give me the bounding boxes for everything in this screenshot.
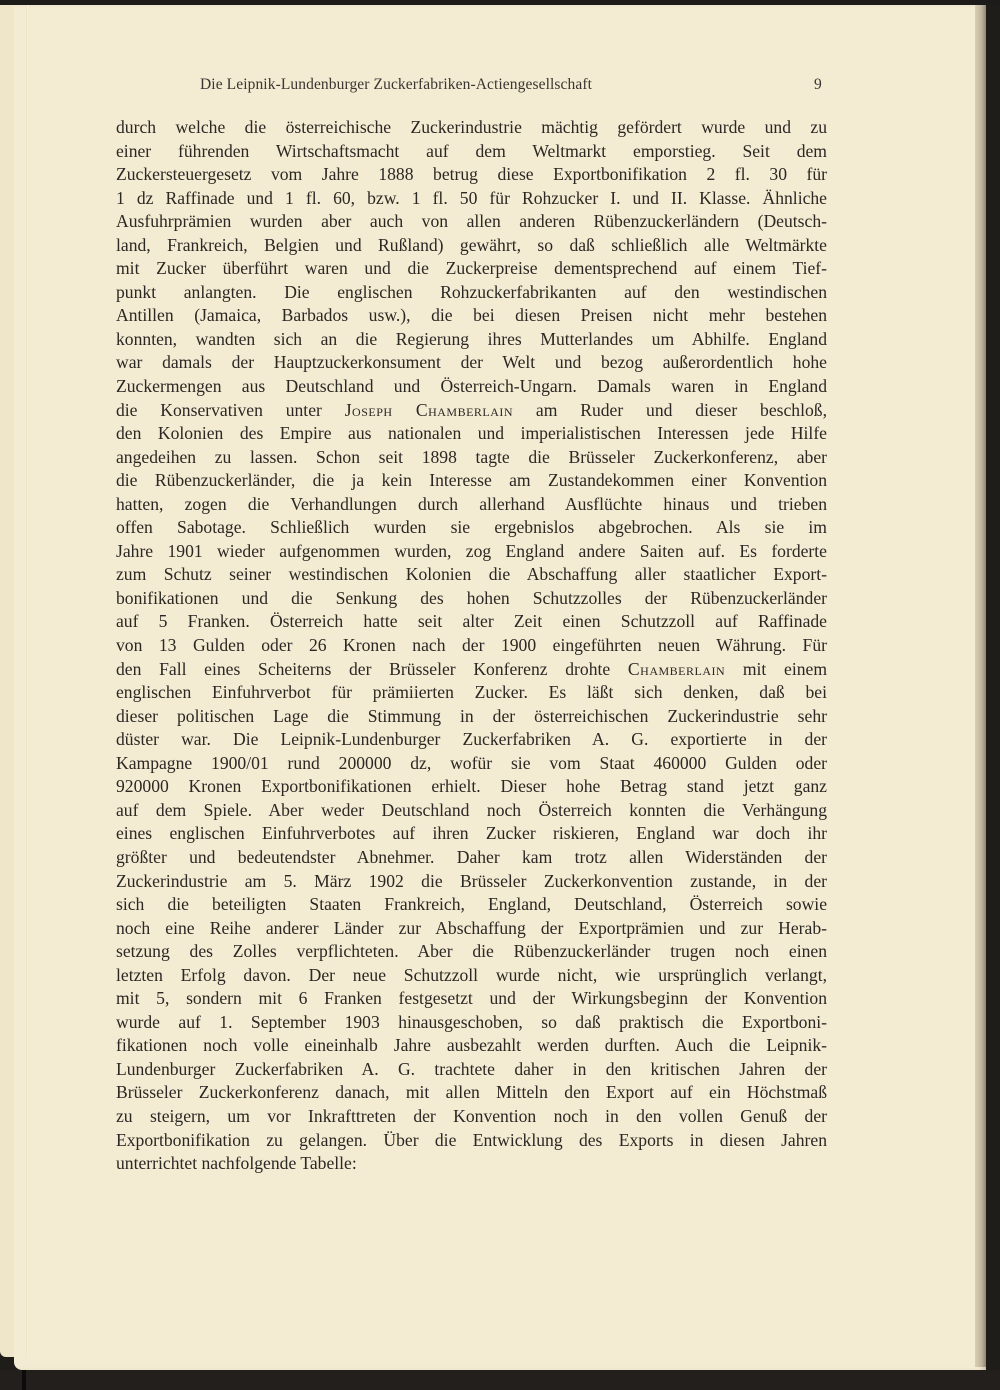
body-text: durch welche die österreichische Zuckeri…	[116, 116, 827, 1176]
scan-frame-bottom	[0, 1370, 1000, 1390]
text-run: Brüsseler Zuckerkonferenz danach, mit al…	[116, 1082, 827, 1102]
text-line: war damals der Hauptzuckerkonsument der …	[116, 351, 827, 375]
text-line: von 13 Gulden oder 26 Kronen nach der 19…	[116, 634, 827, 658]
text-line: fikationen noch volle eineinhalb Jahre a…	[116, 1034, 827, 1058]
text-run: den Kolonien des Empire aus nationalen u…	[116, 423, 827, 443]
text-line: die Konservativen unter Joseph Chamberla…	[116, 399, 827, 423]
text-line: mit Zucker überführt waren und die Zucke…	[116, 257, 827, 281]
text-run: zu steigern, um vor Inkrafttreten der Ko…	[116, 1106, 827, 1126]
text-run: Ausfuhrprämien wurden aber auch von alle…	[116, 211, 827, 231]
text-line: Zuckersteuergesetz vom Jahre 1888 betrug…	[116, 163, 827, 187]
text-line: Exportbonifikation zu gelangen. Über die…	[116, 1129, 827, 1153]
book-spine	[22, 1370, 26, 1390]
text-run: Zuckermengen aus Deutschland und Österre…	[116, 376, 827, 396]
text-line: den Kolonien des Empire aus nationalen u…	[116, 422, 827, 446]
text-run: zum Schutz seiner westindischen Kolonien…	[116, 564, 827, 584]
person-name-smallcaps: Joseph Chamberlain	[345, 400, 513, 420]
text-run: noch eine Reihe anderer Länder zur Absch…	[116, 918, 827, 938]
text-line: die Rübenzuckerländer, die ja kein Inter…	[116, 469, 827, 493]
text-run: punkt anlangten. Die englischen Rohzucke…	[116, 282, 827, 302]
text-run: Zuckersteuergesetz vom Jahre 1888 betrug…	[116, 164, 827, 184]
page-number: 9	[814, 76, 822, 94]
text-run: 920000 Kronen Exportbonifikationen erhie…	[116, 776, 827, 796]
text-run: den Fall eines Scheiterns der Brüsseler …	[116, 659, 628, 679]
text-line: Antillen (Jamaica, Barbados usw.), die b…	[116, 304, 827, 328]
text-line: zum Schutz seiner westindischen Kolonien…	[116, 563, 827, 587]
text-run: mit einem	[725, 659, 827, 679]
text-run: Lundenburger Zuckerfabriken A. G. tracht…	[116, 1059, 827, 1079]
text-line: unterrichtet nachfolgende Tabelle:	[116, 1152, 827, 1176]
text-line: mit 5, sondern mit 6 Franken festgesetzt…	[116, 987, 827, 1011]
text-run: englischen Einfuhrverbot für prämiierten…	[116, 682, 827, 702]
text-line: letzten Erfolg davon. Der neue Schutzzol…	[116, 964, 827, 988]
page-fold	[26, 5, 29, 1357]
text-run: konnten, wandten sich an die Regierung i…	[116, 329, 827, 349]
text-line: noch eine Reihe anderer Länder zur Absch…	[116, 917, 827, 941]
text-line: Ausfuhrprämien wurden aber auch von alle…	[116, 210, 827, 234]
text-line: Zuckerindustrie am 5. März 1902 die Brüs…	[116, 870, 827, 894]
text-run: die Konservativen unter	[116, 400, 345, 420]
text-line: offen Sabotage. Schließlich wurden sie e…	[116, 516, 827, 540]
text-line: setzung des Zolles verpflichteten. Aber …	[116, 940, 827, 964]
text-run: angedeihen zu lassen. Schon seit 1898 ta…	[116, 447, 827, 467]
text-run: Antillen (Jamaica, Barbados usw.), die b…	[116, 305, 827, 325]
text-run: offen Sabotage. Schließlich wurden sie e…	[116, 517, 827, 537]
text-line: einer führenden Wirtschaftsmacht auf dem…	[116, 140, 827, 164]
text-run: einer führenden Wirtschaftsmacht auf dem…	[116, 141, 827, 161]
text-line: Kampagne 1900/01 rund 200000 dz, wofür s…	[116, 752, 827, 776]
text-line: wurde auf 1. September 1903 hinausgescho…	[116, 1011, 827, 1035]
text-run: sich die beteiligten Staaten Frankreich,…	[116, 894, 827, 914]
text-run: mit Zucker überführt waren und die Zucke…	[116, 258, 827, 278]
text-line: Jahre 1901 wieder aufgenommen wurden, zo…	[116, 540, 827, 564]
text-run: setzung des Zolles verpflichteten. Aber …	[116, 941, 827, 961]
text-line: größter und bedeutendster Abnehmer. Dahe…	[116, 846, 827, 870]
text-run: die Rübenzuckerländer, die ja kein Inter…	[116, 470, 827, 490]
text-line: punkt anlangten. Die englischen Rohzucke…	[116, 281, 827, 305]
text-run: am Ruder und dieser beschloß,	[513, 400, 827, 420]
person-name-smallcaps: Chamberlain	[628, 659, 725, 679]
text-line: eines englischen Einfuhrverbotes auf ihr…	[116, 822, 827, 846]
text-line: Zuckermengen aus Deutschland und Österre…	[116, 375, 827, 399]
text-line: 1 dz Raffinade und 1 fl. 60, bzw. 1 fl. …	[116, 187, 827, 211]
text-line: auf dem Spiele. Aber weder Deutschland n…	[116, 799, 827, 823]
text-run: war damals der Hauptzuckerkonsument der …	[116, 352, 827, 372]
text-run: hatten, zogen die Verhandlungen durch al…	[116, 494, 827, 514]
text-line: hatten, zogen die Verhandlungen durch al…	[116, 493, 827, 517]
text-run: größter und bedeutendster Abnehmer. Dahe…	[116, 847, 827, 867]
text-line: durch welche die österreichische Zuckeri…	[116, 116, 827, 140]
text-run: Zuckerindustrie am 5. März 1902 die Brüs…	[116, 871, 827, 891]
text-run: dieser politischen Lage die Stimmung in …	[116, 706, 827, 726]
text-run: Exportbonifikation zu gelangen. Über die…	[116, 1130, 827, 1150]
page-edge-right	[975, 5, 986, 1367]
text-run: wurde auf 1. September 1903 hinausgescho…	[116, 1012, 827, 1032]
text-line: angedeihen zu lassen. Schon seit 1898 ta…	[116, 446, 827, 470]
text-line: auf 5 Franken. Österreich hatte seit alt…	[116, 610, 827, 634]
text-run: land, Frankreich, Belgien und Rußland) g…	[116, 235, 827, 255]
text-run: mit 5, sondern mit 6 Franken festgesetzt…	[116, 988, 827, 1008]
text-run: auf dem Spiele. Aber weder Deutschland n…	[116, 800, 827, 820]
text-run: fikationen noch volle eineinhalb Jahre a…	[116, 1035, 827, 1055]
text-run: auf 5 Franken. Österreich hatte seit alt…	[116, 611, 827, 631]
text-run: düster war. Die Leipnik-Lundenburger Zuc…	[116, 729, 827, 749]
text-run: Kampagne 1900/01 rund 200000 dz, wofür s…	[116, 753, 827, 773]
text-line: dieser politischen Lage die Stimmung in …	[116, 705, 827, 729]
text-line: 920000 Kronen Exportbonifikationen erhie…	[116, 775, 827, 799]
text-run: unterrichtet nachfolgende Tabelle:	[116, 1153, 357, 1173]
text-line: zu steigern, um vor Inkrafttreten der Ko…	[116, 1105, 827, 1129]
text-line: Brüsseler Zuckerkonferenz danach, mit al…	[116, 1081, 827, 1105]
text-run: letzten Erfolg davon. Der neue Schutzzol…	[116, 965, 827, 985]
text-line: Lundenburger Zuckerfabriken A. G. tracht…	[116, 1058, 827, 1082]
text-line: land, Frankreich, Belgien und Rußland) g…	[116, 234, 827, 258]
running-head: Die Leipnik-Lundenburger Zuckerfabriken-…	[200, 76, 730, 94]
text-run: eines englischen Einfuhrverbotes auf ihr…	[116, 823, 827, 843]
text-run: von 13 Gulden oder 26 Kronen nach der 19…	[116, 635, 827, 655]
text-line: sich die beteiligten Staaten Frankreich,…	[116, 893, 827, 917]
text-run: 1 dz Raffinade und 1 fl. 60, bzw. 1 fl. …	[116, 188, 827, 208]
text-run: Jahre 1901 wieder aufgenommen wurden, zo…	[116, 541, 827, 561]
text-line: düster war. Die Leipnik-Lundenburger Zuc…	[116, 728, 827, 752]
text-line: konnten, wandten sich an die Regierung i…	[116, 328, 827, 352]
text-line: den Fall eines Scheiterns der Brüsseler …	[116, 658, 827, 682]
text-line: bonifikationen und die Senkung des hohen…	[116, 587, 827, 611]
text-run: durch welche die österreichische Zuckeri…	[116, 117, 827, 137]
text-run: bonifikationen und die Senkung des hohen…	[116, 588, 827, 608]
text-line: englischen Einfuhrverbot für prämiierten…	[116, 681, 827, 705]
